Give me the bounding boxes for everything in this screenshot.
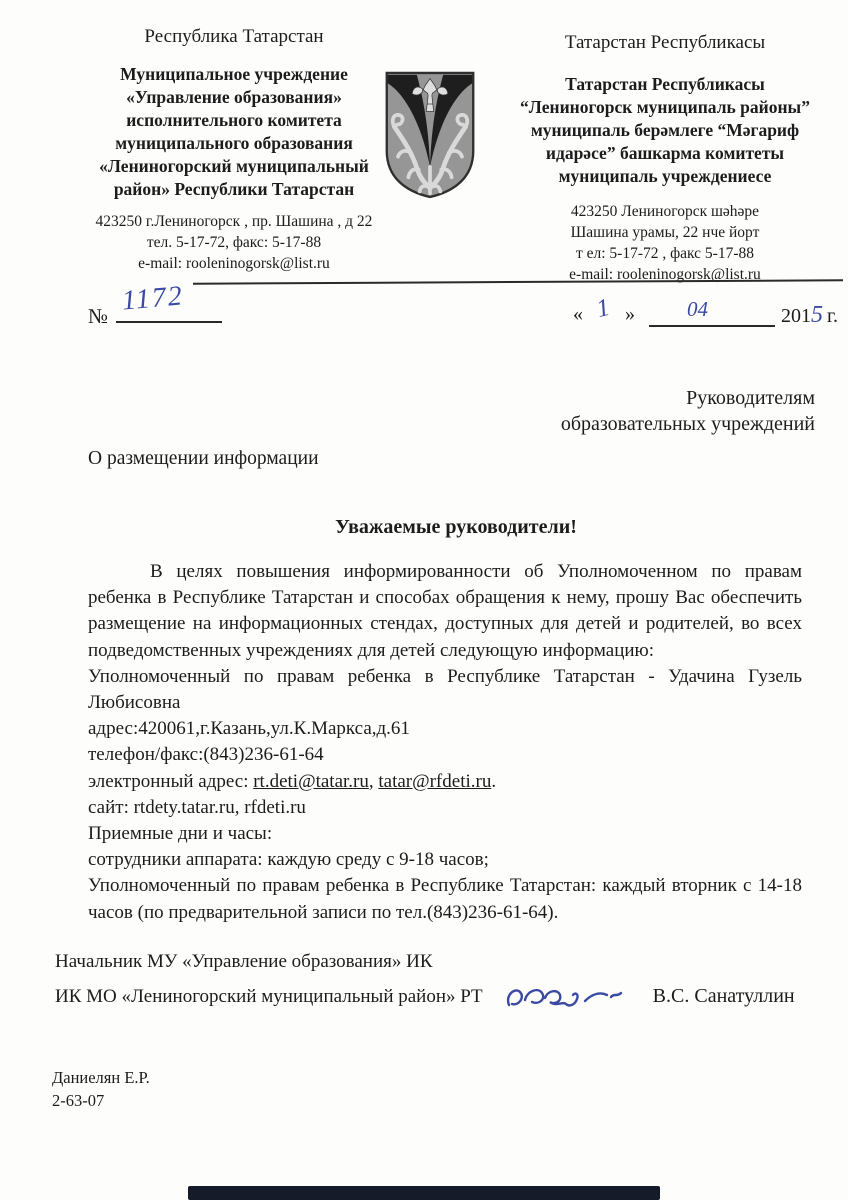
body-paragraph: В целях повышения информированности об У… — [88, 559, 802, 664]
year-era-label: г. — [827, 305, 838, 327]
signature-row: ИК МО «Лениногорский муниципальный район… — [55, 975, 795, 1017]
year-text: 2015г. — [781, 302, 838, 329]
commissioner-hours-line: Уполномоченный по правам ребенка в Респу… — [88, 873, 802, 925]
email-prefix: электронный адрес: — [88, 771, 253, 792]
republic-name-ru: Республика Татарстан — [68, 26, 400, 48]
signer-title-line-2: ИК МО «Лениногорский муниципальный район… — [55, 983, 483, 1010]
reference-number-block: №1172 — [88, 297, 222, 339]
number-blank-line: 1172 — [116, 297, 222, 323]
address-line: т ел: 5-17-72 , факс 5-17-88 — [498, 243, 832, 264]
year-printed: 201 — [781, 305, 811, 327]
reception-hours-header: Приемные дни и часы: — [88, 821, 802, 847]
open-quote: « — [573, 303, 583, 326]
date-block: « 1 » 04 2015г. — [563, 299, 847, 335]
executor-block: Даниелян Е.Р. 2-63-07 — [52, 1066, 150, 1112]
close-quote: » — [625, 303, 635, 326]
address-line: e-mail: rooleninogorsk@list.ru — [68, 253, 400, 274]
scanned-letter-page: Республика Татарстан Муниципальное учреж… — [0, 0, 848, 1200]
handwritten-document-number: 1172 — [121, 280, 185, 317]
address-line: 423250 г.Лениногорск , пр. Шашина , д 22 — [68, 211, 400, 232]
address-line: 423250 Лениногорск шәһәре — [498, 201, 832, 222]
org-line: муниципального образования — [68, 132, 400, 155]
commissioner-address-line: адрес:420061,г.Казань,ул.К.Маркса,д.61 — [88, 716, 802, 742]
republic-name-tt: Татарстан Республикасы — [498, 32, 832, 54]
email-link-2: tatar@rfdeti.ru — [378, 771, 491, 792]
scan-artifact-bar — [188, 1186, 660, 1200]
org-line: «Лениногорский муниципальный — [68, 155, 400, 178]
handwritten-signature-icon — [503, 981, 625, 1017]
staff-hours-line: сотрудники аппарата: каждую среду с 9-18… — [88, 847, 802, 873]
email-link-1: rt.deti@tatar.ru — [253, 771, 369, 792]
coat-of-arms-emblem — [383, 70, 477, 200]
month-blank-line: 04 — [649, 299, 775, 327]
organization-name-ru: Муниципальное учреждение «Управление обр… — [68, 63, 400, 201]
signer-name: В.С. Санатуллин — [653, 983, 795, 1010]
org-address-ru: 423250 г.Лениногорск , пр. Шашина , д 22… — [68, 211, 400, 274]
org-line: Татарстан Республикасы — [498, 73, 832, 96]
org-address-tt: 423250 Лениногорск шәһәре Шашина урамы, … — [498, 201, 832, 285]
addressee-block: Руководителям образовательных учреждений — [561, 385, 815, 437]
letterhead-left-column: Республика Татарстан Муниципальное учреж… — [68, 26, 400, 274]
address-line: Шашина урамы, 22 нче йорт — [498, 222, 832, 243]
addressee-line: образовательных учреждений — [561, 411, 815, 437]
subject-line: О размещении информации — [88, 448, 319, 470]
org-line: район» Республики Татарстан — [68, 178, 400, 201]
org-line: муниципаль берәмлеге “Мәгариф — [498, 119, 832, 142]
org-line: муниципаль учреждениесе — [498, 165, 832, 188]
commissioner-line: Уполномоченный по правам ребенка в Респу… — [88, 664, 802, 716]
handwritten-month: 04 — [687, 297, 708, 322]
handwritten-year-digit: 5 — [811, 302, 823, 328]
email-separator: , — [369, 771, 379, 792]
org-line: идарәсе” башкарма комитеты — [498, 142, 832, 165]
number-sign-label: № — [88, 304, 108, 328]
signature-block: Начальник МУ «Управление образования» ИК… — [55, 948, 795, 1017]
org-line: Муниципальное учреждение — [68, 63, 400, 86]
signer-title-line-1: Начальник МУ «Управление образования» ИК — [55, 948, 795, 975]
leninogorsk-coat-of-arms-icon — [383, 70, 477, 200]
executor-phone: 2-63-07 — [52, 1089, 150, 1112]
website-line: сайт: rtdety.tatar.ru, rfdeti.ru — [88, 795, 802, 821]
address-line: тел. 5-17-72, факс: 5-17-88 — [68, 232, 400, 253]
organization-name-tt: Татарстан Республикасы “Лениногорск муни… — [498, 73, 832, 188]
org-line: “Лениногорск муниципаль районы” — [498, 96, 832, 119]
org-line: «Управление образования» — [68, 86, 400, 109]
addressee-line: Руководителям — [561, 385, 815, 411]
email-suffix: . — [491, 771, 496, 792]
executor-name: Даниелян Е.Р. — [52, 1066, 150, 1089]
email-line: электронный адрес: rt.deti@tatar.ru, tat… — [88, 769, 802, 795]
commissioner-phone-line: телефон/факс:(843)236-61-64 — [88, 742, 802, 768]
letter-body: В целях повышения информированности об У… — [88, 559, 802, 926]
org-line: исполнительного комитета — [68, 109, 400, 132]
letterhead-right-column: Татарстан Республикасы Татарстан Республ… — [498, 32, 832, 285]
handwritten-day: 1 — [594, 294, 613, 324]
salutation-heading: Уважаемые руководители! — [100, 516, 812, 539]
